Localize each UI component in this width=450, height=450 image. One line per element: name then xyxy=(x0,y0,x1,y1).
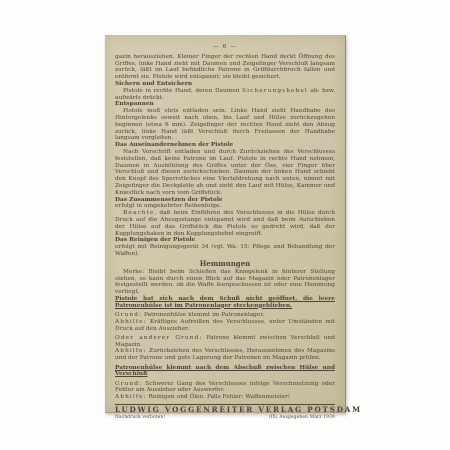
paragraph: erfolgt in umgekehrter Reihenfolge. xyxy=(115,203,335,210)
page-number: — 6 — xyxy=(115,44,335,51)
section-heading: Das Auseinandernehmen der Pistole xyxy=(115,142,335,149)
issue-date: (IX) Ausgegeben März 1939 xyxy=(269,415,335,420)
paragraph: Oder anderer Grund: Patrone klemmt zwisc… xyxy=(115,335,335,349)
section-heading: Sichern und Entsichern xyxy=(115,81,335,88)
scan-background: — 6 —gazin herausziehen. Kleiner Finger … xyxy=(0,0,450,450)
text-run: Kräftiges Aufreißen des Verschlusses, un… xyxy=(115,319,335,332)
text-run: Zurückziehen des Verschlusses, Herausneh… xyxy=(115,348,335,361)
paragraph: Nach Vorschrift entladen und durch Zurüc… xyxy=(115,149,335,197)
paragraph: Abhilfe: Zurückziehen des Verschlusses, … xyxy=(115,348,335,362)
spaced-emphasis-text: Grund: xyxy=(115,312,142,318)
text-run: Nach Vorschrift entladen und durch Zurüc… xyxy=(115,149,335,196)
footer-notes: Nachdruck verboten! (IX) Ausgegeben März… xyxy=(115,415,335,420)
spaced-emphasis-text: Abhilfe: xyxy=(115,348,147,354)
paragraph: Pistole muß stets entladen sein. Linke H… xyxy=(115,108,335,142)
paragraph: Pistole in rechte Hand, deren Daumen Sic… xyxy=(115,88,335,102)
emphasis-line: Pistole hat sich nach dem Schuß nicht ge… xyxy=(115,296,335,310)
text-run: Das Auseinandernehmen der Pistole xyxy=(115,142,233,148)
spaced-emphasis-text: Abhilfe: xyxy=(115,394,147,400)
page-footer: LUDWIG VOGGENREITER VERLAG POTSDAM Nachd… xyxy=(115,404,335,420)
publisher-line: LUDWIG VOGGENREITER VERLAG POTSDAM xyxy=(115,406,335,415)
text-run: gazin herausziehen. Kleiner Finger der r… xyxy=(115,54,335,80)
document-page: — 6 —gazin herausziehen. Kleiner Finger … xyxy=(105,35,346,413)
text-run: erfolgt mit Reinigungsgerät 34 (vgl. Wa.… xyxy=(115,244,335,257)
text-run: Schwerer Gang des Verschlusses infolge V… xyxy=(115,381,335,394)
text-run: Patronenhülse klemmt im Patronenlager. xyxy=(142,312,264,318)
spaced-emphasis-text: Oder anderer Grund: xyxy=(115,335,202,341)
text-run: Pistole muß stets entladen sein. Linke H… xyxy=(115,108,335,141)
spaced-emphasis-text: Sicherungshebel xyxy=(242,88,308,94)
spaced-emphasis-text: Grund: xyxy=(115,381,142,387)
text-run: Merke: Bleibt beim Schießen das Kniegele… xyxy=(115,269,335,295)
text-run: Reinigen und Ölen. Falls Fehler: Waffenm… xyxy=(147,394,290,400)
section-heading: Das Zusammensetzen der Pistole xyxy=(115,197,335,204)
text-run: Hemmungen xyxy=(200,259,251,268)
reprint-notice: Nachdruck verboten! xyxy=(115,415,165,420)
spaced-emphasis-text: Abhilfe: xyxy=(115,319,147,325)
text-run: Entspannen xyxy=(115,101,154,107)
paragraph: Abhilfe: Reinigen und Ölen. Falls Fehler… xyxy=(115,394,335,401)
paragraph: gazin herausziehen. Kleiner Finger der r… xyxy=(115,54,335,81)
emphasis-line: Patronenhülse klemmt nach dem Abschuß zw… xyxy=(115,365,335,379)
spaced-emphasis-text: Beachte xyxy=(123,210,155,216)
text-run: — 6 — xyxy=(213,44,237,50)
paragraph: Beachte, daß beim Einführen des Verschlu… xyxy=(115,210,335,237)
text-run: Pistole in rechte Hand, deren Daumen xyxy=(123,88,242,94)
text-run: Patronenhülse klemmt nach dem Abschuß zw… xyxy=(115,365,335,378)
text-run: Das Zusammensetzen der Pistole xyxy=(115,197,223,203)
text-run: erfolgt in umgekehrter Reihenfolge. xyxy=(115,203,221,209)
chapter-heading: Hemmungen xyxy=(115,260,335,268)
paragraph: Merke: Bleibt beim Schießen das Kniegele… xyxy=(115,269,335,296)
text-run: Pistole hat sich nach dem Schuß nicht ge… xyxy=(115,296,335,309)
paragraph: erfolgt mit Reinigungsgerät 34 (vgl. Wa.… xyxy=(115,244,335,258)
section-heading: Entspannen xyxy=(115,101,335,108)
page-content: — 6 —gazin herausziehen. Kleiner Finger … xyxy=(115,44,335,401)
text-run: Das Reinigen der Pistole xyxy=(115,237,195,243)
paragraph: Grund: Patronenhülse klemmt im Patronenl… xyxy=(115,312,335,319)
text-run: Sichern und Entsichern xyxy=(115,81,192,87)
paragraph: Grund: Schwerer Gang des Verschlusses in… xyxy=(115,381,335,395)
paragraph: Abhilfe: Kräftiges Aufreißen des Verschl… xyxy=(115,319,335,333)
